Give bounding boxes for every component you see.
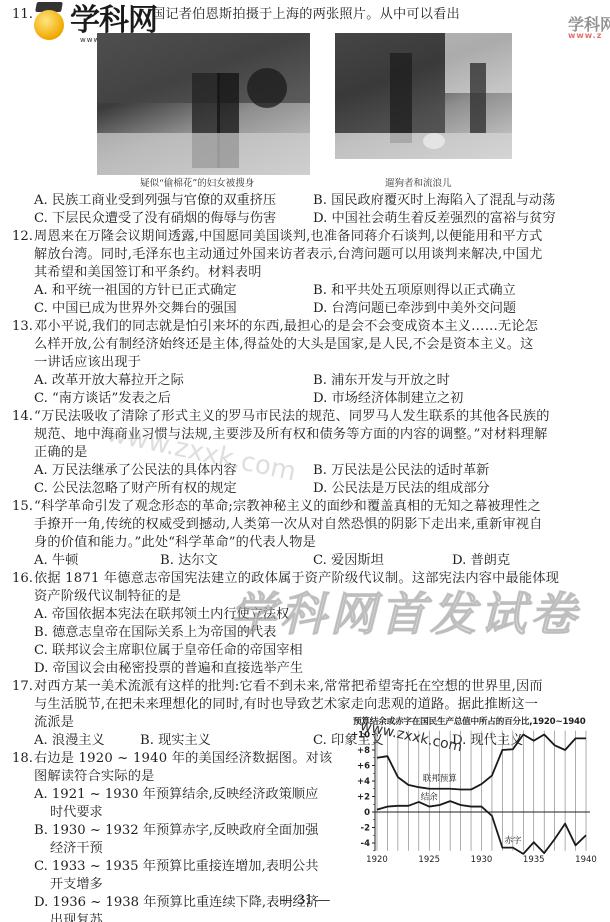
photo-caption-2: 遛狗者和流浪儿 [385, 178, 452, 190]
q18-option-a: A. 1921 ~ 1930 年预算结余,反映经济政策顺应 [34, 786, 318, 804]
svg-text:+2: +2 [357, 793, 370, 803]
q12-option-b: B. 和平共处五项原则得以正式确立 [313, 282, 516, 300]
q18-option-c: C. 1933 ~ 1935 年预算比重接连增加,表明公共 [34, 858, 318, 876]
svg-text:+4: +4 [357, 777, 370, 787]
q18-option-c-cont: 开支增多 [50, 876, 103, 894]
question-17-number: 17. [12, 678, 33, 696]
svg-text:联邦预算: 联邦预算 [423, 773, 458, 784]
q17-option-a: A. 浪漫主义 [34, 732, 105, 750]
question-13-line-3: 一讲话应该出现于 [34, 354, 141, 372]
svg-text:+6: +6 [357, 762, 370, 772]
watermark-center: 学科网首发试卷 [230, 578, 580, 644]
question-17-line-3: 流派是 [34, 714, 74, 732]
q13-option-a: A. 改革开放大幕拉开之际 [34, 372, 184, 390]
question-15-line-2: 手撩开一角,传统的权威受到撼动,人类第一次从对自然恐惧的阴影下走出来,重新审视自 [34, 516, 543, 534]
q12-option-d: D. 台湾问题已牵涉到中美外交问题 [313, 300, 516, 318]
svg-text:1940: 1940 [575, 855, 597, 865]
exam-page: 学科网 www.zxxk.com 学科网 www.z 11. 国记者伯恩斯拍摄于… [0, 0, 610, 922]
svg-text:+8: +8 [357, 746, 370, 756]
q11-option-b: B. 国民政府覆灭时上海陷入了混乱与动荡 [313, 192, 555, 210]
q11-option-a: A. 民族工商业受到列强与官僚的双重挤压 [34, 192, 276, 210]
q15-option-c: C. 爱因斯坦 [313, 552, 384, 570]
svg-text:-4: -4 [361, 839, 371, 849]
q13-option-c: C. “南方谈话”发表之后 [34, 390, 171, 408]
question-15-line-3: 身的价值和能力。”此处“科学革命”的代表人物是 [34, 534, 316, 552]
chart-plot: +10+8+6+4+20-2-419201925193019351940联邦预算… [345, 710, 610, 920]
q18-option-a-cont: 时代要求 [50, 804, 103, 822]
page-number: — 31 — [0, 893, 610, 908]
question-18-line-2: 图解读符合实际的是 [34, 768, 155, 786]
svg-text:1935: 1935 [523, 855, 545, 865]
q14-option-b: B. 万民法是公民法的适时革新 [313, 462, 489, 480]
question-14-line-3: 正确的是 [34, 444, 88, 462]
svg-text:1920: 1920 [366, 855, 388, 865]
budget-chart: 预算结余或赤字在国民生产总值中所占的百分比,1920~1940 +10+8+6+… [345, 710, 610, 920]
q11-option-d: D. 中国社会萌生着反差强烈的富裕与贫穷 [313, 210, 556, 228]
question-13-number: 13. [12, 318, 33, 336]
svg-text:0: 0 [364, 808, 370, 818]
q18-option-b-cont: 经济干预 [50, 840, 103, 858]
question-12-line-2: 解放台湾。同时,毛泽东也主动通过外国来访者表示,台湾问题可以用谈判来解决,中国尤 [34, 246, 543, 264]
q12-option-a: A. 和平统一祖国的方针已正式确定 [34, 282, 237, 300]
svg-text:结余: 结余 [421, 792, 439, 803]
question-13-line-2: 么样开放,公有制经济始终还是主体,得益处的大头是国家,是人民,不会是资本主义。这 [34, 336, 534, 354]
question-16-number: 16. [12, 570, 33, 588]
question-13-line-1: 邓小平说,我们的同志就是怕引来坏的东西,最担心的是会不会变成资本主义……无论怎 [34, 318, 538, 336]
q16-option-c: C. 联邦议会主席职位属于皇帝任命的帝国宰相 [34, 642, 303, 660]
q18-option-d-cont: 出现复苏 [50, 912, 103, 922]
question-14-number: 14. [12, 408, 33, 426]
question-12-line-1: 周恩来在万隆会议期间透露,中国愿同美国谈判,也准备同蒋介石谈判,以便能用和平方式 [34, 228, 543, 246]
q12-option-c: C. 中国已成为世界外交舞台的强国 [34, 300, 237, 318]
photo-caption-1: 疑似“偷棉花”的妇女被搜身 [140, 178, 254, 190]
photo-dog-walker [335, 33, 512, 159]
question-11-number: 11. [12, 6, 33, 24]
q13-option-b: B. 浦东开发与开放之时 [313, 372, 450, 390]
question-11-stem: 国记者伯恩斯拍摄于上海的两张照片。从中可以看出 [152, 6, 460, 24]
question-16-line-2: 资产阶级代议制特征的是 [34, 588, 181, 606]
question-15-number: 15. [12, 498, 33, 516]
question-15-line-1: “科学革命引发了观念形态的革命;宗教神秘主义的面纱和覆盖真相的无知之幕被理性之 [34, 498, 541, 516]
svg-text:赤字: 赤字 [504, 835, 522, 846]
q16-option-d: D. 帝国议会由秘密投票的普遍和直接选举产生 [34, 660, 303, 678]
q15-option-d: D. 普朗克 [452, 552, 510, 570]
q17-option-b: B. 现实主义 [140, 732, 211, 750]
question-17-line-1: 对西方某一美术流派有这样的批判:它看不到未来,常常把希望寄托在空想的世界里,因而 [34, 678, 543, 696]
svg-text:1930: 1930 [471, 855, 493, 865]
question-18-line-1: 右边是 1920 ~ 1940 年的美国经济数据图。对该 [34, 750, 332, 768]
watermark-top-right-url: www.z [568, 31, 602, 40]
q15-option-a: A. 牛顿 [34, 552, 78, 570]
photo-search-woman [97, 33, 310, 175]
q13-option-d: D. 市场经济体制建立之初 [313, 390, 463, 408]
q11-option-c: C. 下层民众遭受了没有硝烟的侮辱与伤害 [34, 210, 276, 228]
q14-option-d: D. 公民法是万民法的组成部分 [313, 480, 490, 498]
q15-option-b: B. 达尔文 [160, 552, 218, 570]
q14-option-c: C. 公民法忽略了财产所有权的规定 [34, 480, 237, 498]
q18-option-b: B. 1930 ~ 1932 年预算赤字,反映政府全面加强 [34, 822, 318, 840]
svg-text:-2: -2 [361, 824, 371, 834]
svg-text:1925: 1925 [418, 855, 440, 865]
question-18-number: 18. [12, 750, 33, 768]
question-12-line-3: 其希望和美国签订和平条约。材料表明 [34, 264, 262, 282]
smiley-mascot-icon [34, 10, 64, 40]
question-12-number: 12. [12, 228, 33, 246]
